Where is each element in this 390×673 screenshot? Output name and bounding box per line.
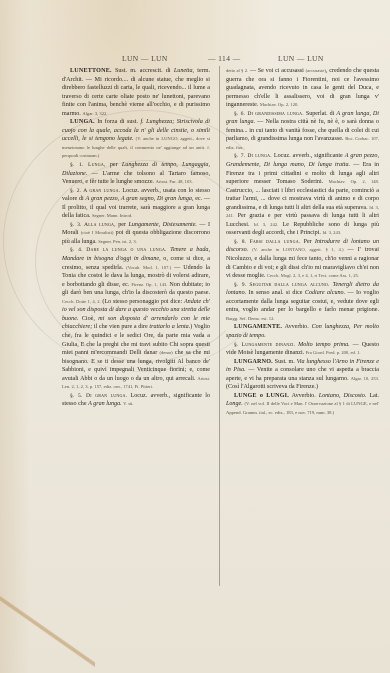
entry-text: In senso anal. si dice [246, 290, 305, 296]
entry-text: Avverbio. [282, 324, 312, 330]
entry-text: Sust. m. [273, 359, 297, 365]
entry-text: Per [300, 239, 314, 245]
dictionary-entry: LUNGE o LUNGI. Avverbio. Lontano, Discos… [226, 392, 379, 418]
citation: (V. anche in LONTANO, aggett. § 1, 4.) [252, 247, 343, 252]
entry-headword: LUNGARNO. [234, 359, 273, 365]
dictionary-entry: LUNGARNO. Sust. m. Via lunghesso l'Arno … [226, 358, 379, 392]
entry-headword: LUNGAMENTE. [234, 324, 282, 330]
citation: Cecch. Mogl. 2, 3, e 4, 1, ri Tect. come… [267, 273, 359, 278]
dictionary-entry: LUNGAMENTE. Avverbio. Con lunghezza, Per… [226, 323, 379, 340]
definition-italic: Molto tempo prima. [298, 342, 350, 348]
citation: detto al § 2. [226, 68, 248, 73]
dictionary-entry: LUNGA. In forza di sust. f. Lunghezza; S… [62, 118, 210, 161]
citation: Algar. 3, 322. [82, 111, 107, 116]
dictionary-entry: §. 2. A gran lunga. Locuz. avverb., usat… [62, 187, 210, 221]
definition-italic: Codiare alcuno. [305, 290, 345, 296]
entry-headword: §. 7. Di lunga. [234, 153, 272, 159]
entry-text: In forza di sust. [95, 119, 141, 125]
citation: Machiav. Op. 2, 120. [260, 102, 299, 107]
citation: Id. 3, 243. [322, 230, 341, 235]
entry-text: Lat. [366, 393, 379, 399]
book-page: LUN — LUN — 114 — LUN — LUN LUNETTONE. S… [0, 0, 390, 673]
definition-italic: A gran pezzo, A gran segno, Di gran lung… [85, 196, 193, 202]
citation: (cioè I Moralisti) [81, 230, 114, 235]
entry-headword: §. 9. Seguitar dalla lunga alcuno. [234, 282, 330, 288]
citation: Cecch. Dotte 1, 4, 2. [62, 299, 101, 304]
dictionary-entry: §. 9. Seguitar dalla lunga alcuno. Tener… [226, 281, 379, 324]
entry-text: per [116, 222, 129, 228]
entry-headword: §. 8. Farsi dalla lunga. [234, 239, 300, 245]
definition-italic: trattarlo a lenta. [149, 324, 190, 330]
entry-headword: LUNETTONE. [70, 68, 112, 74]
definition-italic: Lunetta [174, 68, 193, 74]
definition-italic: Lungamente, Distesamente. [128, 222, 196, 228]
dictionary-entry: §. 4. Dare la lunga o una lunga. Tenere … [62, 246, 210, 391]
citation: (V. nel vol. II delle Voci e Man. l' Oss… [226, 401, 379, 415]
entry-headword: §. 5. Di gran lunga. [70, 393, 127, 399]
entry-text: , term. d'Archit. — Mi ricordo.... di al… [62, 68, 210, 117]
entry-text: Sust. m. accrescit. di [112, 68, 174, 74]
entry-text: Superlat. di [304, 111, 337, 117]
entry-text: Cioè, [78, 316, 98, 322]
entry-text: Locuz. avverb., significante [272, 153, 345, 159]
citation: (accusaste) [306, 68, 326, 73]
dictionary-entry: §. 3. Alla lunga, per Lungamente, Distes… [62, 221, 210, 247]
entry-text: Castruccio, ... lasciati i libri ecclesi… [226, 188, 379, 211]
definition-italic: Longe. [226, 401, 243, 407]
entry-headword: §. 1. Lunga, [70, 162, 106, 168]
entry-text: — Se voi ci accusassi [248, 68, 305, 74]
dictionary-entry: LUNETTONE. Sust. m. accrescit. di Lunett… [62, 67, 210, 118]
left-column: LUNETTONE. Sust. m. accrescit. di Lunett… [62, 67, 210, 409]
entry-text: per [106, 162, 122, 168]
dictionary-entry: §. 5. Di gran lunga. Locuz. avverb., sig… [62, 392, 210, 409]
entry-headword: §. 4. Dare la lunga o una lunga. [70, 247, 167, 253]
citation: (denar) [159, 350, 172, 355]
entry-headword: §. 6. Di grandissima lunga. [234, 111, 304, 117]
running-head-right: LUN — LUN [278, 54, 324, 63]
entry-text: Avverbio. [289, 393, 319, 399]
citation: Bargg. Sef. Demo. est. 12. [226, 316, 275, 321]
entry-text: (Così l'Algarotti scriveva da Firenze.) [226, 384, 318, 390]
entry-headword: §. Lungamente dinanzi. [234, 342, 295, 348]
dictionary-entry: §. 7. Di lunga. Locuz. avverb., signific… [226, 152, 379, 237]
entry-headword: LUNGA. [70, 119, 95, 125]
dictionary-entry: §. 8. Farsi dalla lunga. Per Introdurre … [226, 238, 379, 281]
dictionary-entry: §. 1. Lunga, per Lunghezza di tempo, Lun… [62, 161, 210, 187]
citation: V. sù. [123, 401, 133, 406]
paper-crease-stain [0, 590, 95, 673]
running-head: LUN — LUN — 114 — LUN — LUN [0, 54, 390, 66]
dictionary-entry: §. 6. Di grandissima lunga. Superlat. di… [226, 110, 379, 153]
citation: Fra Giord. Pred. p. 200, ed. 1. [306, 350, 361, 355]
running-head-left: LUN — LUN [122, 54, 168, 63]
citation: Firenz. Op. 1, 143. [131, 282, 167, 287]
dictionary-entry: §. Lungamente dinanzi. Molto tempo prima… [226, 341, 379, 358]
definition-italic: Lontano, Discosto. [319, 393, 367, 399]
column-divider [219, 66, 220, 586]
entry-text: il che vien pure a dire [92, 324, 149, 330]
citation: Segner. Pen. ist. 2, 3. [98, 239, 137, 244]
citation: Id. 3, 242. [254, 222, 278, 227]
entry-text: (Lo stesso personaggio poi dice: [101, 299, 184, 305]
citation: Ariost. Fur. 48, 103. [156, 179, 193, 184]
definition-italic: A gran lunga. [88, 401, 122, 407]
entry-headword: §. 3. Alla lunga, [70, 222, 116, 228]
entry-headword: §. 2. A gran lunga. [70, 188, 120, 194]
citation: Algar. 10, 253. [351, 376, 379, 381]
entry-text: , credendo che questa guerra che ora si … [226, 68, 379, 108]
page-number: — 114 — [208, 54, 241, 63]
right-column: detto al § 2. — Se voi ci accusassi (acc… [226, 67, 379, 417]
entry-headword: LUNGE o LUNGI. [234, 393, 289, 399]
dictionary-entry: detto al § 2. — Se voi ci accusassi (acc… [226, 67, 379, 110]
citation: (Vocab. Mod. 1, 107.) [126, 265, 171, 270]
citation: Machiav. Op. 2, 148. [329, 179, 379, 184]
citation: Segner. Mann. Introd. [92, 213, 132, 218]
